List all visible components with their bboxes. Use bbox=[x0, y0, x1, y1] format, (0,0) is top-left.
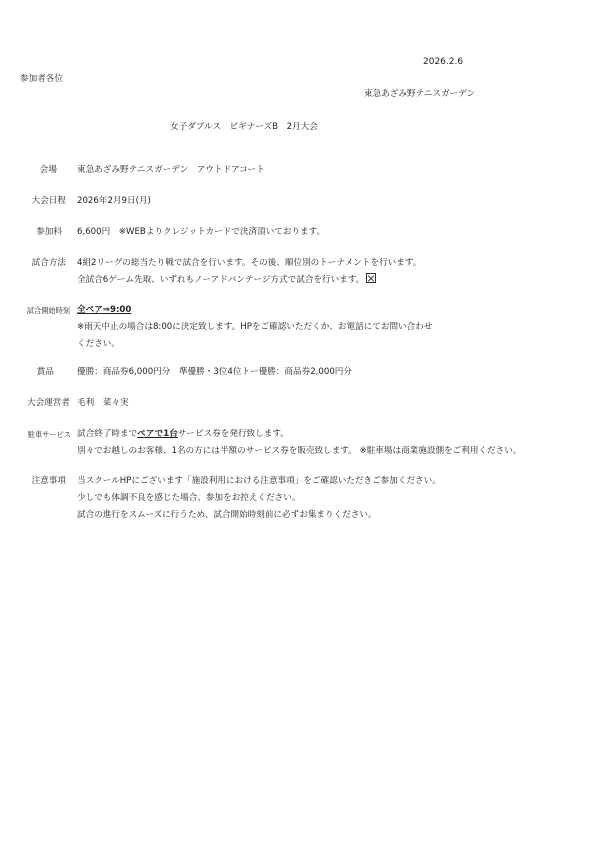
start-time-label: 試合開始時刻 bbox=[0, 302, 70, 319]
venue-label: 会場 bbox=[0, 162, 57, 179]
notes-value: 当スクールHPにございます「施設利用における注意事項」をご確認いただきご参加くだ… bbox=[77, 473, 441, 524]
parking-emphasis: ペアで1台 bbox=[137, 429, 178, 439]
schedule-label: 大会日程 bbox=[0, 193, 66, 210]
organizer-label: 大会運営者 bbox=[0, 395, 70, 412]
parking-line-1: 試合終了時までペアで1台サービス券を発行致します。 bbox=[77, 426, 521, 443]
format-label: 試合方法 bbox=[0, 255, 66, 272]
organization-name: 東急あざみ野テニスガーデン bbox=[364, 87, 475, 99]
fee-value: 6,600円 ※WEBよりクレジットカードで決済頂いております。 bbox=[77, 224, 325, 241]
start-time-emphasis: 全ペア⇒9:00 bbox=[77, 302, 131, 319]
missing-glyph-box-icon bbox=[366, 273, 376, 283]
parking-label: 駐車サービス bbox=[0, 426, 71, 443]
schedule-value: 2026年2月9日(月) bbox=[77, 193, 151, 210]
fee-label: 参加料 bbox=[0, 224, 62, 241]
notes-label: 注意事項 bbox=[0, 473, 66, 490]
format-line-1: 4組2リーグの総当たり戦で試合を行います。その後、順位別のトーナメントを行います… bbox=[77, 255, 421, 272]
addressee: 参加者各位 bbox=[20, 72, 63, 84]
parking-value: 試合終了時までペアで1台サービス券を発行致します。 別々でお越しのお客様、1名の… bbox=[77, 426, 521, 460]
parking-line-2: 別々でお越しのお客様、1名の方には半額のサービス券を販売致します。 ※駐車場は商… bbox=[77, 443, 521, 460]
notes-line-2: 少しでも体調不良を感じた場合、参加をお控えください。 bbox=[77, 490, 441, 507]
format-line-2: 全試合6ゲーム先取、いずれもノーアドバンテージ方式で試合を行います。 bbox=[77, 272, 421, 289]
start-time-value: 全ペア⇒9:00 ※雨天中止の場合は8:00に決定致します。HPをご確認いただく… bbox=[77, 302, 432, 353]
format-value: 4組2リーグの総当たり戦で試合を行います。その後、順位別のトーナメントを行います… bbox=[77, 255, 421, 289]
issue-date: 2026.2.6 bbox=[423, 57, 463, 67]
prizes-value: 優勝：商品券6,000円分 準優勝・3位4位トー優勝：商品券2,000円分 bbox=[77, 364, 352, 381]
organizer-value: 毛利 菜々実 bbox=[77, 395, 129, 412]
venue-value: 東急あざみ野テニスガーデン アウトドアコート bbox=[77, 162, 265, 179]
document-title: 女子ダブルス ビギナーズB 2月大会 bbox=[170, 120, 318, 132]
start-time-note-2: ください。 bbox=[77, 336, 432, 353]
prizes-label: 賞品 bbox=[0, 364, 54, 381]
notes-line-3: 試合の進行をスムーズに行うため、試合開始時刻前に必ずお集まりください。 bbox=[77, 507, 441, 524]
notes-line-1: 当スクールHPにございます「施設利用における注意事項」をご確認いただきご参加くだ… bbox=[77, 473, 441, 490]
start-time-note-1: ※雨天中止の場合は8:00に決定致します。HPをご確認いただくか、お電話にてお問… bbox=[77, 319, 432, 336]
